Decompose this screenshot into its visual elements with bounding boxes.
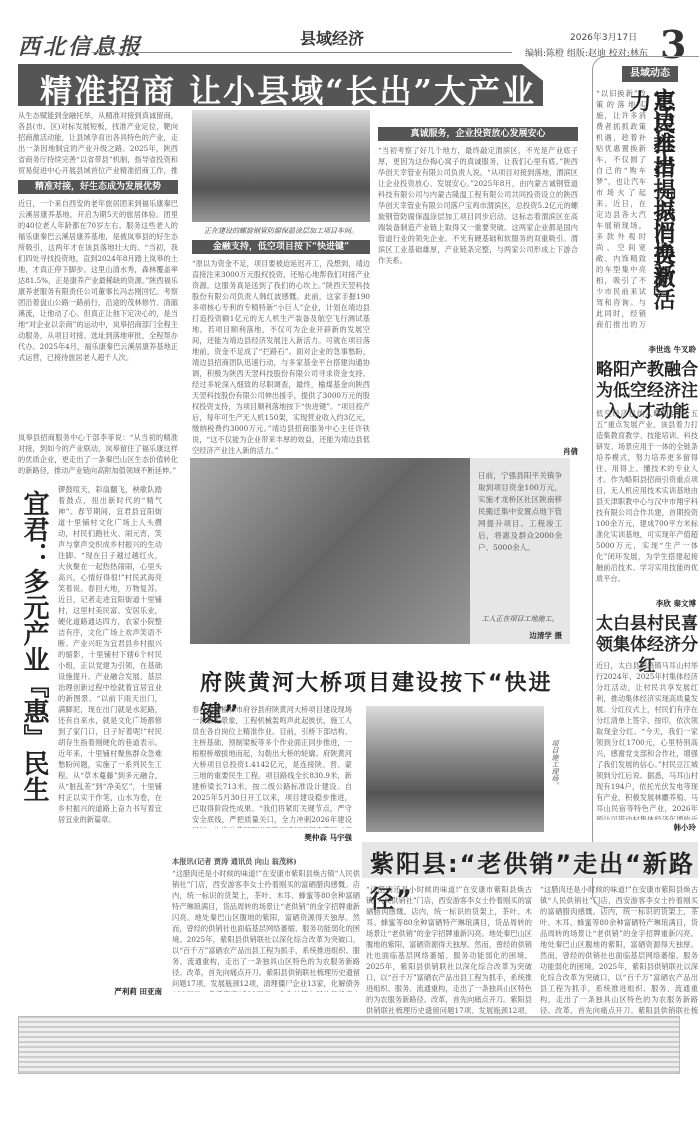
subhead-service: 真诚服务，企业投资放心发展安心 xyxy=(378,127,578,141)
section-title: 县域经济 xyxy=(300,26,364,49)
bridge-photo xyxy=(366,706,544,832)
ziyang-body-col3: “这腊肉还是小时候的味道!”在安康市紫阳县焕古镇“人民供销社”门店，西安游客李女… xyxy=(540,884,698,1014)
sidebar-item2-body: 低空经济已纳入略阳县“十五五”重点发展产业，该县着力打造集教育教学、技能培训、科… xyxy=(596,408,698,594)
lead-byline: 肖倩 xyxy=(500,446,578,457)
sidebar-item3-body: 近日，太白县鹦鸽镇马耳山村举行2024年、2025年村集体经济分红活动，让村民共… xyxy=(596,660,698,820)
factory-photo xyxy=(192,110,370,222)
newspaper-logo: 西北信息报 xyxy=(18,30,143,61)
ziyang-dateline: 本报讯(记者 贾涛 通讯员 向山 翁茂林) xyxy=(172,857,297,866)
yijun-body: 锣鼓喧天，彩扇翻飞，秧歌队踏着鼓点，扭出新时代的“精气神”。春节期间，宜君县宜阳… xyxy=(58,484,162,974)
photo-story-photo-caption: 工人正在项目工地施工。 xyxy=(478,614,562,624)
bridge-body: 春日里的榆林市府谷县府陕黄河大桥项目建设现场一派繁忙景象，工程机械轰鸣声此起彼伏… xyxy=(192,704,352,828)
issue-date: 2026年3月17日 xyxy=(570,30,637,43)
photo-story-caption: 日前，宁强县阳平关镇争取到项目资金100万元，实施才龙桥区社区陕南移民搬迁集中安… xyxy=(478,470,562,588)
factory-photo-caption: 正在建设的螺旋钢管防腐保温涂层加工项目车间。 xyxy=(192,226,370,236)
subhead-finance: 金融支持，低空项目按下“快进键” xyxy=(192,240,370,254)
page-thumbnail-strip xyxy=(18,1016,680,1074)
bridge-photo-caption: 项目施工现场。 xyxy=(550,740,560,789)
lead-body-2: “原以为资金不足，项目要被迫延迟开工，没想到，靖边直接注来3000万元股权投资，… xyxy=(192,258,370,454)
sidebar-item1-title-col1: 惠民举措提振消费激活力 xyxy=(626,90,674,320)
lead-intro: 从生态赋能到金融托举，从精准对接到真诚留商，各县(市、区)对标发展短板，找准产业… xyxy=(18,110,178,176)
lead-body-3: “当初考察了好几个地方，最终敲定渭滨区，不光是产业底子厚，更因为这份掏心窝子的真… xyxy=(378,145,578,445)
sidebar-tag: 县域动态 xyxy=(622,66,678,82)
construction-photo xyxy=(190,458,470,644)
sidebar-item1-byline: 李世选 牛叉聆 xyxy=(596,344,696,355)
ziyang-body-col2: “这腊肉还是小时候的味道!”在安康市紫阳县焕古镇“人民供销社”门店，西安游客李女… xyxy=(366,884,532,1014)
subhead-precise-docking: 精准对接，好生态成为发展优势 xyxy=(18,180,178,194)
yijun-byline: 严利莉 田亚南 xyxy=(58,986,162,997)
photo-story-byline: 边清学 摄 xyxy=(478,630,562,641)
masthead-divider xyxy=(92,52,512,53)
yijun-title: 宜君：多元产业『惠』民生 xyxy=(22,490,46,810)
bridge-byline: 樊仲森 马宇强 xyxy=(192,832,352,843)
ziyang-body-col1: “这腊肉还是小时候的味道!”在安康市紫阳县焕古镇“人民供销社”门店，西安游客李女… xyxy=(172,868,360,992)
lead-body-1: 近日，一个来自西安的老年旅居团来到福乐康秦巴云溪居康养基地，开启为期5天的旅居体… xyxy=(18,198,178,430)
sidebar-item3-byline: 韩小玲 xyxy=(596,822,696,833)
lead-body-1b: 岚皋县招商服务中心干部李菲说：“从当初的精准对接，到如今的产业联动，岚皋留住了福… xyxy=(18,432,178,476)
sidebar-item2-byline: 李欣 秦文博 xyxy=(596,598,696,609)
lead-headline: 精准招商 让小县域“长出”大产业 xyxy=(40,66,536,112)
